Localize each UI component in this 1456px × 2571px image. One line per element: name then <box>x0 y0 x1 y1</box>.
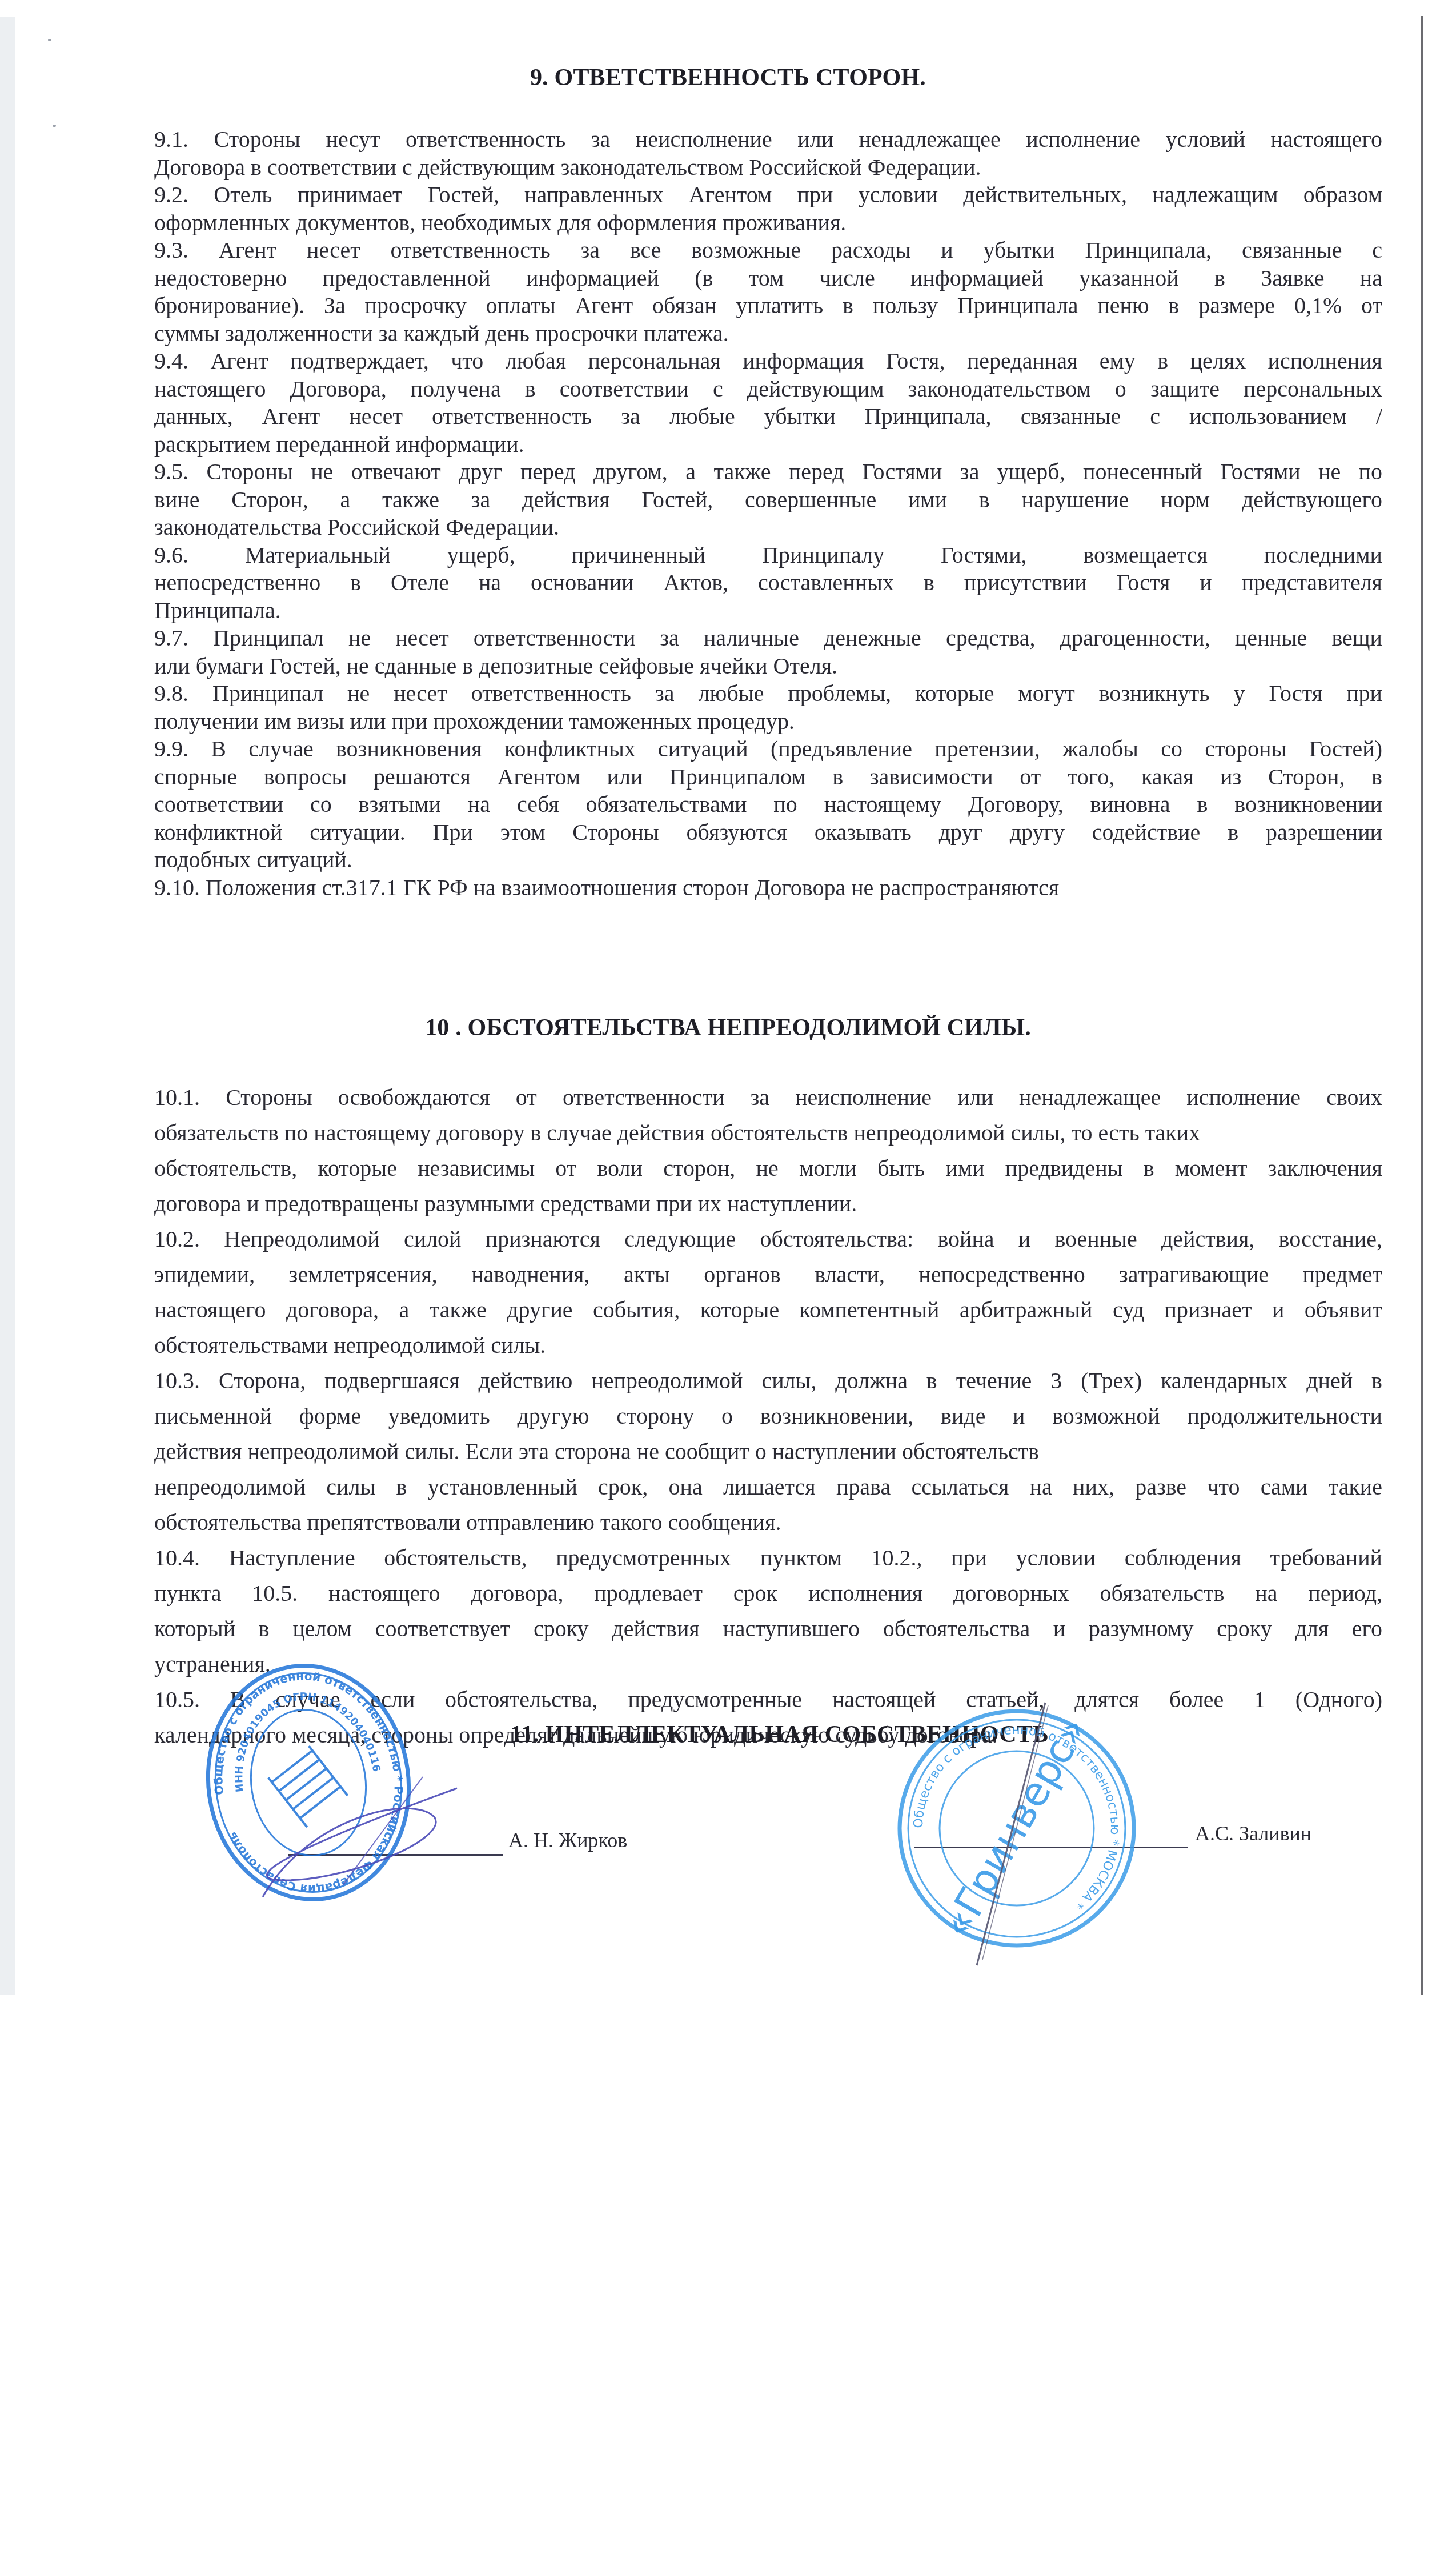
paragraph-line: действия непреодолимой силы. Если эта ст… <box>154 1434 1382 1469</box>
paragraph-line: непреодолимой силы в установленный срок,… <box>154 1469 1382 1505</box>
paragraph-line: обязательств по настоящему договору в сл… <box>154 1115 1382 1151</box>
paragraph-line: суммы задолженности за каждый день проср… <box>154 320 1382 348</box>
left-signatory-name: А. Н. Жирков <box>508 1828 627 1852</box>
paragraph-line: 9.10. Положения ст.317.1 ГК РФ на взаимо… <box>154 874 1382 902</box>
paragraph-line: который в целом соответствует сроку дейс… <box>154 1611 1382 1647</box>
paragraph-line: договора и предотвращены разумными средс… <box>154 1186 1382 1222</box>
paragraph-line: соответствии со взятыми на себя обязател… <box>154 791 1382 819</box>
section-11-heading: 11. ИНТЕЛЛЕКТУАЛЬНАЯ СОБСТВЕННОСТЬ <box>51 1721 1456 1748</box>
paragraph-line: 9.5. Стороны не отвечают друг перед друг… <box>154 458 1382 486</box>
paragraph-line: подобных ситуаций. <box>154 846 1382 874</box>
paragraph-line: 9.6. Материальный ущерб, причиненный При… <box>154 542 1382 570</box>
paragraph-line: 10.5. В случае если обстоятельства, пред… <box>154 1682 1382 1717</box>
paragraph-line: данных, Агент несет ответственность за л… <box>154 403 1382 431</box>
paragraph-line: обстоятельствами непреодолимой силы. <box>154 1328 1382 1363</box>
section-10-body: 10.1. Стороны освобождаются от ответстве… <box>154 1080 1382 1753</box>
right-signatory-name: А.С. Заливин <box>1195 1821 1311 1845</box>
paragraph-line: 10.4. Наступление обстоятельств, предусм… <box>154 1540 1382 1576</box>
right-signature-line <box>914 1847 1188 1848</box>
paragraph-line: письменной форме уведомить другую сторон… <box>154 1399 1382 1434</box>
paragraph-line: Договора в соответствии с действующим за… <box>154 154 1382 182</box>
paragraph-line: обстоятельства препятствовали отправлени… <box>154 1505 1382 1540</box>
paragraph-line: 9.9. В случае возникновения конфликтных … <box>154 735 1382 763</box>
left-signature-line <box>288 1854 503 1856</box>
paragraph-line: 9.4. Агент подтверждает, что любая персо… <box>154 347 1382 375</box>
paragraph-line: или бумаги Гостей, не сданные в депозитн… <box>154 652 1382 680</box>
paragraph-line: устранения. <box>154 1647 1382 1682</box>
paragraph-line: конфликтной ситуации. При этом Стороны о… <box>154 819 1382 847</box>
scan-edge-strip <box>0 17 15 1995</box>
paragraph-line: 9.8. Принципал не несет ответственность … <box>154 680 1382 708</box>
section-10-heading: 10 . ОБСТОЯТЕЛЬСТВА НЕПРЕОДОЛИМОЙ СИЛЫ. <box>0 1014 1456 1042</box>
paragraph-line: вине Сторон, а также за действия Гостей,… <box>154 486 1382 514</box>
paragraph-line: 9.1. Стороны несут ответственность за не… <box>154 126 1382 154</box>
paragraph-line: настоящего Договора, получена в соответс… <box>154 375 1382 403</box>
paragraph-line: настоящего договора, а также другие собы… <box>154 1292 1382 1328</box>
paragraph-line: эпидемии, землетрясения, наводнения, акт… <box>154 1257 1382 1292</box>
section-9-heading: 9. ОТВЕТСТВЕННОСТЬ СТОРОН. <box>0 64 1456 91</box>
paragraph-line: пункта 10.5. настоящего договора, продле… <box>154 1576 1382 1611</box>
paragraph-line: 10.3. Сторона, подвергшаяся действию неп… <box>154 1363 1382 1399</box>
paragraph-line: непосредственно в Отеле на основании Акт… <box>154 569 1382 597</box>
scan-speck <box>48 39 51 41</box>
section-9-body: 9.1. Стороны несут ответственность за не… <box>154 126 1382 902</box>
paragraph-line: оформленных документов, необходимых для … <box>154 209 1382 237</box>
blank-area <box>0 1995 1456 2571</box>
scan-speck <box>53 125 56 127</box>
paragraph-line: спорные вопросы решаются Агентом или При… <box>154 763 1382 791</box>
paragraph-line: получении им визы или при прохождении та… <box>154 708 1382 736</box>
paragraph-line: 9.3. Агент несет ответственность за все … <box>154 237 1382 265</box>
paragraph-line: обстоятельств, которые независимы от вол… <box>154 1151 1382 1186</box>
paragraph-line: 10.1. Стороны освобождаются от ответстве… <box>154 1080 1382 1115</box>
paragraph-line: раскрытием переданной информации. <box>154 431 1382 459</box>
paragraph-line: 9.7. Принципал не несет ответственности … <box>154 624 1382 652</box>
paragraph-line: 9.2. Отель принимает Гостей, направленны… <box>154 181 1382 209</box>
paragraph-line: законодательства Российской Федерации. <box>154 514 1382 542</box>
paragraph-line: бронирование). За просрочку оплаты Агент… <box>154 292 1382 320</box>
paragraph-line: 10.2. Непреодолимой силой признаются сле… <box>154 1222 1382 1257</box>
paragraph-line: недостоверно предоставленной информацией… <box>154 265 1382 293</box>
paragraph-line: Принципала. <box>154 597 1382 625</box>
